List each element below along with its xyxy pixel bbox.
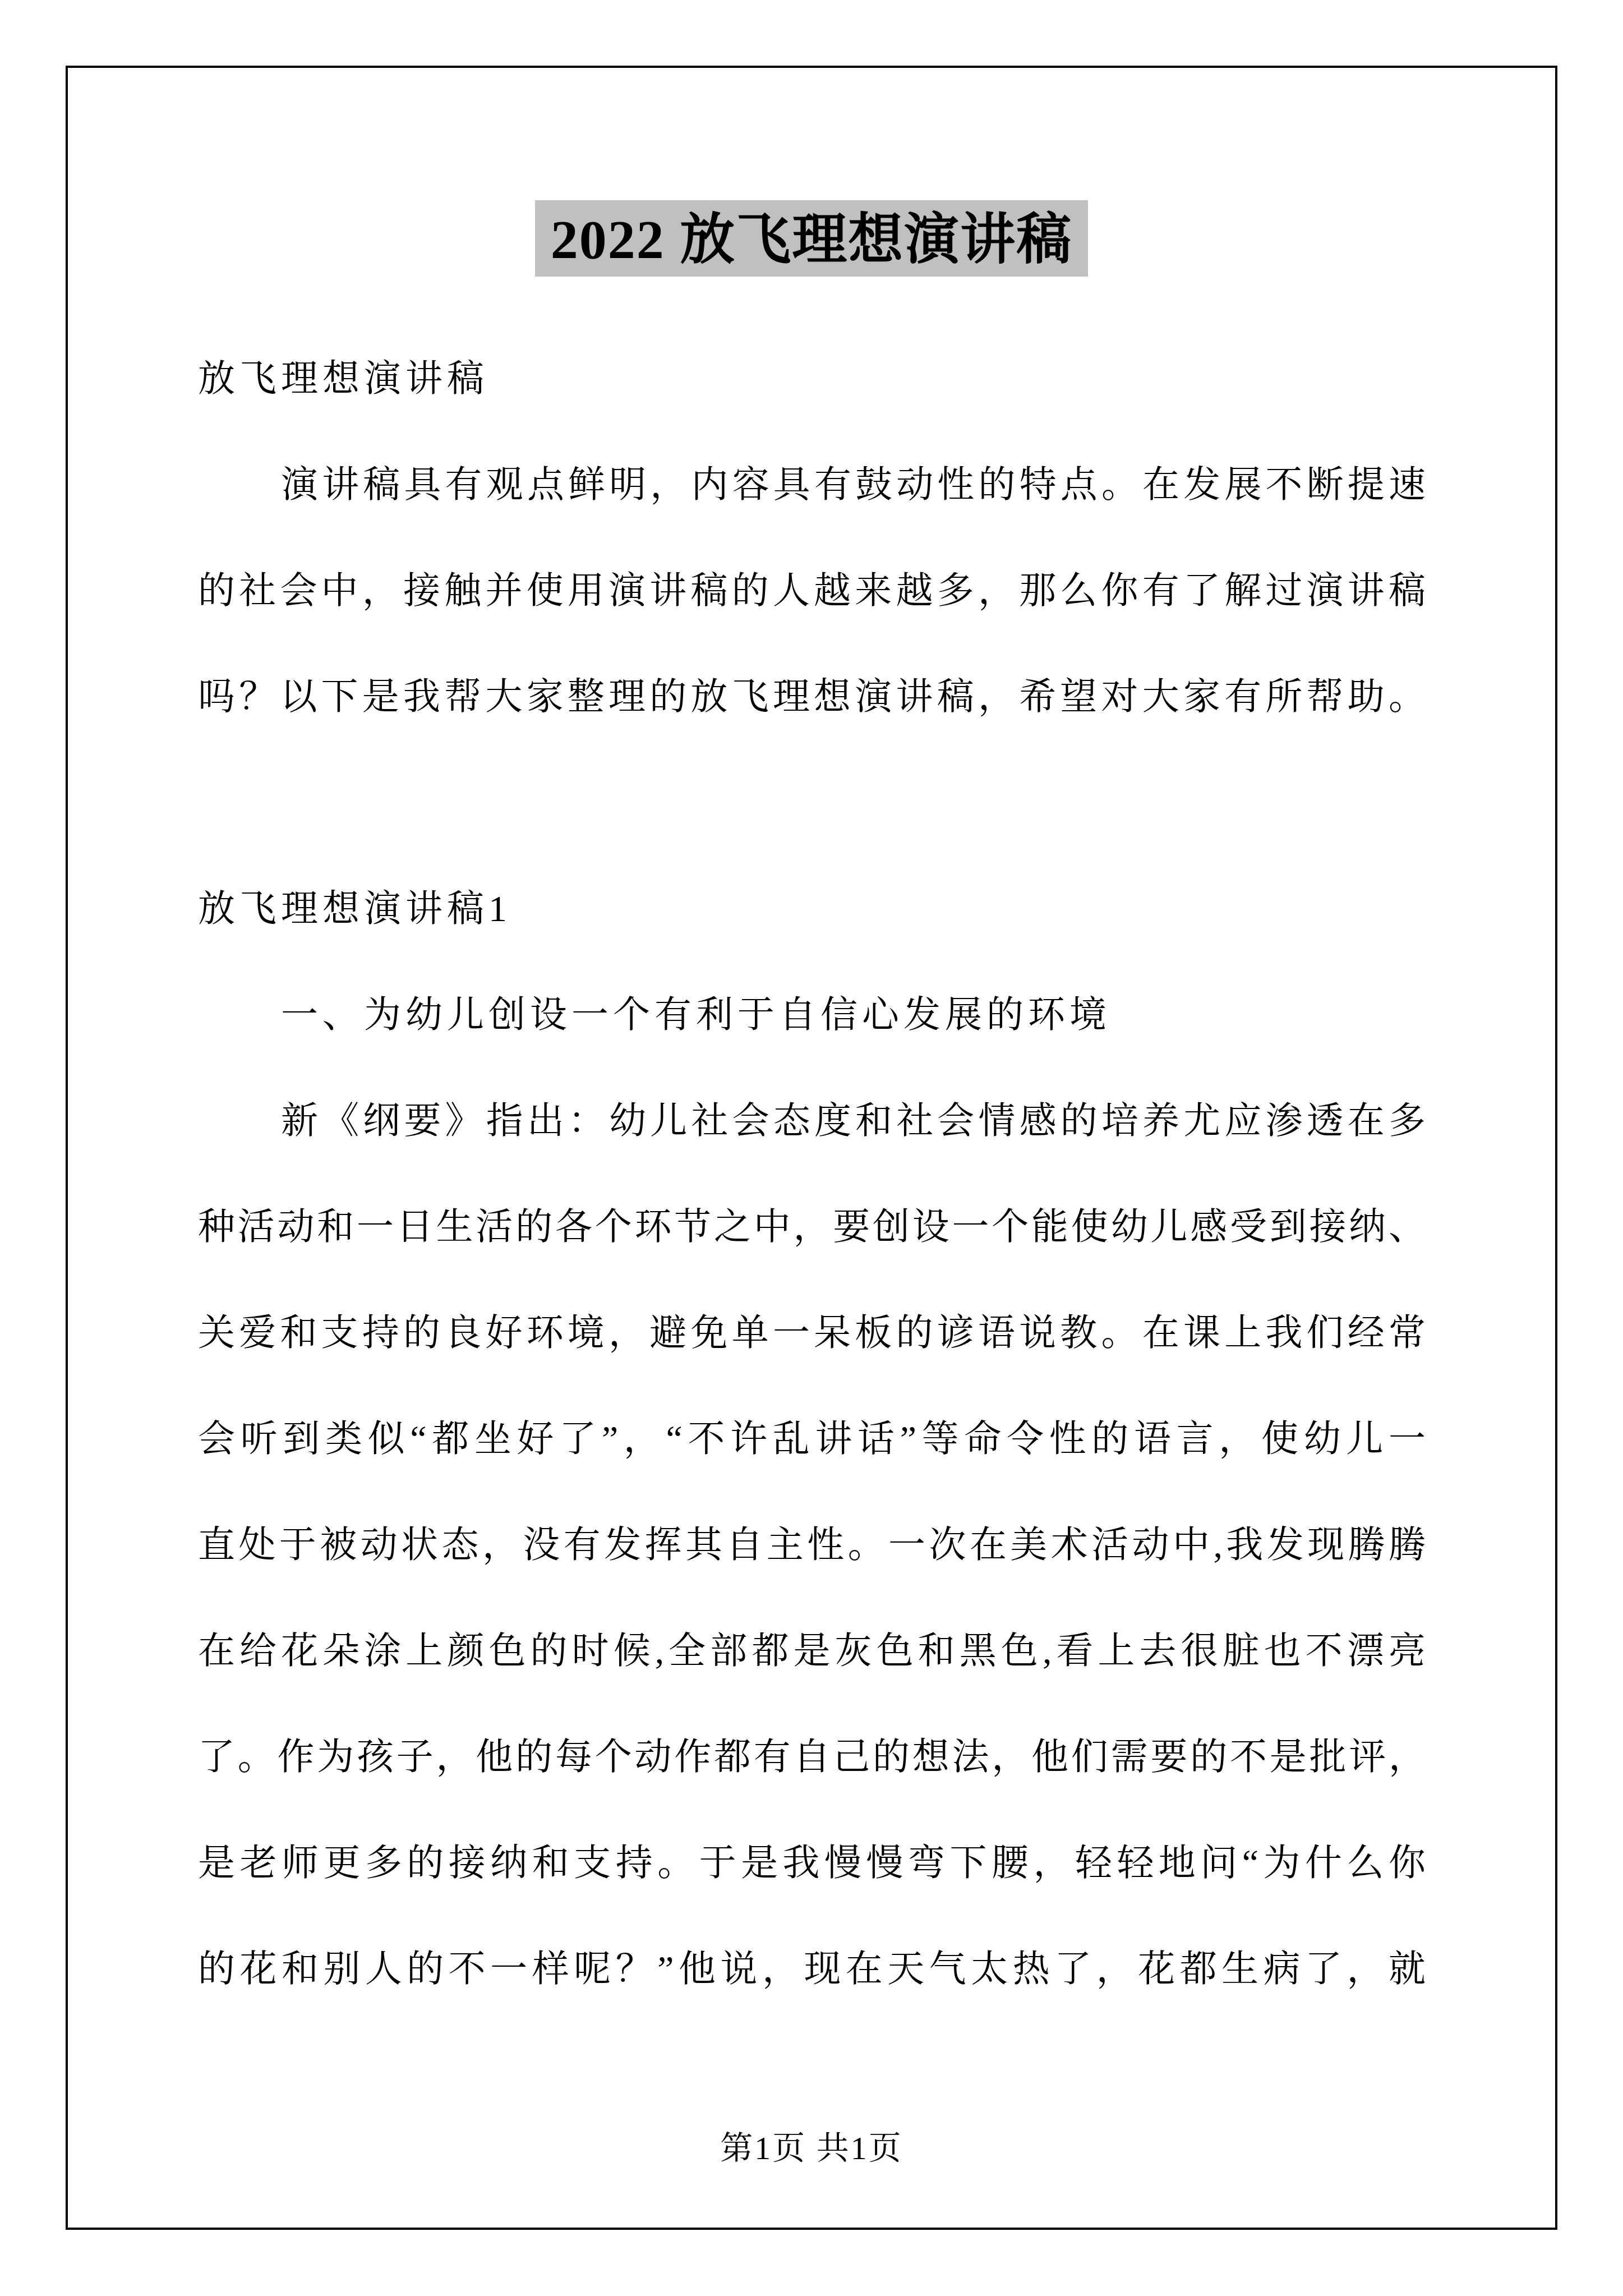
title-row: 2022 放飞理想演讲稿 <box>0 200 1623 277</box>
body-line: 新《纲要》指出：幼儿社会态度和社会情感的培养尤应渗透在多 <box>198 1068 1426 1174</box>
body-line: 了。作为孩子，他的每个动作都有自己的想法，他们需要的不是批评， <box>198 1704 1426 1810</box>
document-page: { "page": { "width": 2894, "height": 409… <box>0 0 1623 2296</box>
blank-line <box>198 750 1426 856</box>
body-line: 直处于被动状态，没有发挥其自主性。一次在美术活动中,我发现腾腾 <box>198 1492 1426 1598</box>
body-line: 演讲稿具有观点鲜明，内容具有鼓动性的特点。在发展不断提速 <box>198 432 1426 538</box>
body-line: 种活动和一日生活的各个环节之中，要创设一个能使幼儿感受到接纳、 <box>198 1174 1426 1280</box>
body-line: 放飞理想演讲稿1 <box>198 856 1426 962</box>
body-line: 放飞理想演讲稿 <box>198 326 1426 432</box>
document-body: 放飞理想演讲稿演讲稿具有观点鲜明，内容具有鼓动性的特点。在发展不断提速的社会中，… <box>198 326 1426 2022</box>
body-line: 是老师更多的接纳和支持。于是我慢慢弯下腰，轻轻地问“为什么你 <box>198 1810 1426 1916</box>
body-line: 的社会中，接触并使用演讲稿的人越来越多，那么你有了解过演讲稿 <box>198 538 1426 644</box>
body-line: 在给花朵涂上颜色的时候,全部都是灰色和黑色,看上去很脏也不漂亮 <box>198 1598 1426 1704</box>
document-title: 2022 放飞理想演讲稿 <box>535 200 1089 277</box>
body-line: 会听到类似“都坐好了”，“不许乱讲话”等命令性的语言，使幼儿一 <box>198 1386 1426 1492</box>
body-line: 关爱和支持的良好环境，避免单一呆板的谚语说教。在课上我们经常 <box>198 1280 1426 1386</box>
body-line: 一、为幼儿创设一个有利于自信心发展的环境 <box>198 962 1426 1068</box>
page-number: 第1页 共1页 <box>0 2129 1623 2168</box>
body-line: 吗？以下是我帮大家整理的放飞理想演讲稿，希望对大家有所帮助。 <box>198 644 1426 750</box>
body-line: 的花和别人的不一样呢？”他说，现在天气太热了，花都生病了，就 <box>198 1916 1426 2022</box>
